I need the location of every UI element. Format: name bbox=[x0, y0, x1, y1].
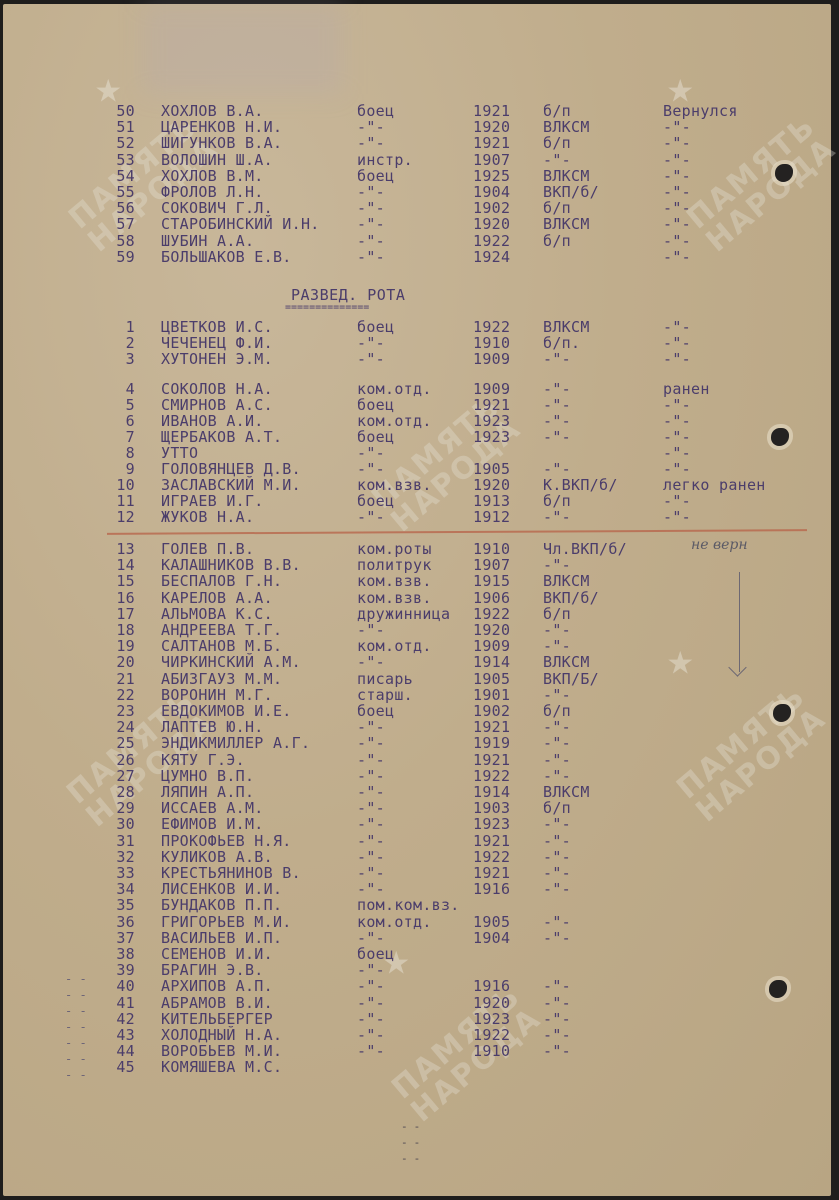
birth-year: 1922 bbox=[473, 606, 510, 622]
punch-hole bbox=[775, 164, 793, 182]
person-name: КРЕСТЬЯНИНОВ В. bbox=[161, 865, 301, 881]
status-note: -"- bbox=[663, 319, 691, 335]
person-rank: -"- bbox=[357, 119, 385, 135]
party-membership: -"- bbox=[543, 881, 571, 897]
status-note: -"- bbox=[663, 152, 691, 168]
person-name: БРАГИН Э.В. bbox=[161, 962, 264, 978]
person-name: КАЛАШНИКОВ В.В. bbox=[161, 557, 301, 573]
birth-year: 1907 bbox=[473, 557, 510, 573]
status-note: -"- bbox=[663, 429, 691, 445]
row-number: 36 bbox=[99, 914, 135, 930]
person-rank: дружинница bbox=[357, 606, 450, 622]
status-note: ранен bbox=[663, 381, 710, 397]
row-number: 5 bbox=[99, 397, 135, 413]
party-membership: -"- bbox=[543, 833, 571, 849]
status-note: -"- bbox=[663, 200, 691, 216]
person-rank: ком.роты bbox=[357, 541, 432, 557]
row-number: 53 bbox=[99, 152, 135, 168]
birth-year: 1920 bbox=[473, 995, 510, 1011]
person-rank: -"- bbox=[357, 978, 385, 994]
person-name: ИССАЕВ А.М. bbox=[161, 800, 264, 816]
person-name: КЯТУ Г.Э. bbox=[161, 752, 245, 768]
person-name: ЖУКОВ Н.А. bbox=[161, 509, 254, 525]
row-number: 6 bbox=[99, 413, 135, 429]
person-rank: -"- bbox=[357, 1043, 385, 1059]
birth-year: 1913 bbox=[473, 493, 510, 509]
birth-year: 1920 bbox=[473, 622, 510, 638]
birth-year: 1905 bbox=[473, 671, 510, 687]
person-rank: -"- bbox=[357, 849, 385, 865]
row-number: 57 bbox=[99, 216, 135, 232]
margin-dashes: - - bbox=[65, 1068, 87, 1082]
person-name: ЛИСЕНКОВ И.И. bbox=[161, 881, 282, 897]
party-membership: ВЛКСМ bbox=[543, 654, 590, 670]
person-name: САЛТАНОВ М.Б. bbox=[161, 638, 282, 654]
person-rank: -"- bbox=[357, 654, 385, 670]
birth-year: 1921 bbox=[473, 752, 510, 768]
person-rank: -"- bbox=[357, 768, 385, 784]
margin-note: не верн bbox=[691, 537, 748, 553]
party-membership: -"- bbox=[543, 995, 571, 1011]
party-membership: -"- bbox=[543, 622, 571, 638]
birth-year: 1910 bbox=[473, 1043, 510, 1059]
birth-year: 1921 bbox=[473, 865, 510, 881]
birth-year: 1905 bbox=[473, 461, 510, 477]
row-number: 15 bbox=[99, 573, 135, 589]
person-name: АБИЗГАУЗ М.М. bbox=[161, 671, 282, 687]
person-rank: -"- bbox=[357, 784, 385, 800]
person-rank: -"- bbox=[357, 445, 385, 461]
row-number: 7 bbox=[99, 429, 135, 445]
status-note: -"- bbox=[663, 335, 691, 351]
row-number: 59 bbox=[99, 249, 135, 265]
person-name: ШИГУНКОВ В.А. bbox=[161, 135, 282, 151]
person-name: СЕМЕНОВ И.И. bbox=[161, 946, 273, 962]
status-note: -"- bbox=[663, 135, 691, 151]
person-name: АНДРЕЕВА Т.Г. bbox=[161, 622, 282, 638]
row-number: 37 bbox=[99, 930, 135, 946]
party-membership: ВЛКСМ bbox=[543, 216, 590, 232]
margin-dashes: - - bbox=[65, 988, 87, 1002]
party-membership: б/п bbox=[543, 200, 571, 216]
row-number: 8 bbox=[99, 445, 135, 461]
person-name: ИВАНОВ А.И. bbox=[161, 413, 264, 429]
row-number: 50 bbox=[99, 103, 135, 119]
person-name: ЦУМНО В.П. bbox=[161, 768, 254, 784]
birth-year: 1910 bbox=[473, 541, 510, 557]
row-number: 26 bbox=[99, 752, 135, 768]
row-number: 2 bbox=[99, 335, 135, 351]
red-pencil-line bbox=[107, 529, 807, 535]
row-number: 30 bbox=[99, 816, 135, 832]
person-rank: -"- bbox=[357, 816, 385, 832]
party-membership: б/п bbox=[543, 606, 571, 622]
person-rank: боец bbox=[357, 493, 394, 509]
birth-year: 1922 bbox=[473, 768, 510, 784]
document-page: ★ ПАМЯТЬНАРОДА ★ ПАМЯТЬНАРОДА ПАМЯТЬНАРО… bbox=[3, 4, 831, 1196]
person-rank: -"- bbox=[357, 509, 385, 525]
person-name: СМИРНОВ А.С. bbox=[161, 397, 273, 413]
party-membership: Чл.ВКП/б/ bbox=[543, 541, 627, 557]
birth-year: 1905 bbox=[473, 914, 510, 930]
row-number: 58 bbox=[99, 233, 135, 249]
row-number: 45 bbox=[99, 1059, 135, 1075]
party-membership: -"- bbox=[543, 152, 571, 168]
birth-year: 1920 bbox=[473, 216, 510, 232]
party-membership: -"- bbox=[543, 1043, 571, 1059]
status-note: -"- bbox=[663, 493, 691, 509]
pencil-arrow-icon bbox=[739, 572, 740, 672]
person-name: АЛЬМОВА К.С. bbox=[161, 606, 273, 622]
party-membership: -"- bbox=[543, 351, 571, 367]
person-rank: боец bbox=[357, 703, 394, 719]
birth-year: 1903 bbox=[473, 800, 510, 816]
bottom-dashes: -- bbox=[401, 1120, 426, 1133]
row-number: 23 bbox=[99, 703, 135, 719]
row-number: 27 bbox=[99, 768, 135, 784]
birth-year: 1904 bbox=[473, 930, 510, 946]
person-rank: боец bbox=[357, 168, 394, 184]
row-number: 32 bbox=[99, 849, 135, 865]
party-membership: -"- bbox=[543, 1027, 571, 1043]
birth-year: 1919 bbox=[473, 735, 510, 751]
birth-year: 1909 bbox=[473, 638, 510, 654]
person-name: ЦАРЕНКОВ Н.И. bbox=[161, 119, 282, 135]
person-name: ЕФИМОВ И.М. bbox=[161, 816, 264, 832]
person-rank: -"- bbox=[357, 930, 385, 946]
party-membership: ВЛКСМ bbox=[543, 573, 590, 589]
person-name: ФРОЛОВ Л.Н. bbox=[161, 184, 264, 200]
birth-year: 1920 bbox=[473, 119, 510, 135]
watermark-star-icon: ★ bbox=[667, 634, 694, 685]
party-membership: -"- bbox=[543, 752, 571, 768]
person-rank: ком.отд. bbox=[357, 381, 432, 397]
birth-year: 1923 bbox=[473, 816, 510, 832]
birth-year: 1915 bbox=[473, 573, 510, 589]
row-number: 10 bbox=[99, 477, 135, 493]
person-name: ГОЛЕВ П.В. bbox=[161, 541, 254, 557]
person-name: ВОРОБЬЕВ М.И. bbox=[161, 1043, 282, 1059]
party-membership: -"- bbox=[543, 429, 571, 445]
person-rank: -"- bbox=[357, 995, 385, 1011]
row-number: 51 bbox=[99, 119, 135, 135]
row-number: 55 bbox=[99, 184, 135, 200]
person-name: УТТО bbox=[161, 445, 198, 461]
row-number: 40 bbox=[99, 978, 135, 994]
person-rank: -"- bbox=[357, 865, 385, 881]
row-number: 22 bbox=[99, 687, 135, 703]
row-number: 44 bbox=[99, 1043, 135, 1059]
person-name: ЩЕРБАКОВ А.Т. bbox=[161, 429, 282, 445]
party-membership: -"- bbox=[543, 719, 571, 735]
person-rank: инстр. bbox=[357, 152, 413, 168]
person-rank: -"- bbox=[357, 881, 385, 897]
person-name: БОЛЬШАКОВ Е.В. bbox=[161, 249, 292, 265]
person-name: ИГРАЕВ И.Г. bbox=[161, 493, 264, 509]
status-note: -"- bbox=[663, 233, 691, 249]
birth-year: 1912 bbox=[473, 509, 510, 525]
margin-dashes: - - bbox=[65, 1052, 87, 1066]
person-name: СТАРОБИНСКИЙ И.Н. bbox=[161, 216, 320, 232]
person-name: ГОЛОВЯНЦЕВ Д.В. bbox=[161, 461, 301, 477]
birth-year: 1923 bbox=[473, 429, 510, 445]
birth-year: 1921 bbox=[473, 397, 510, 413]
punch-hole bbox=[773, 704, 791, 722]
person-name: КОМЯШЕВА М.С. bbox=[161, 1059, 282, 1075]
person-rank: ком.отд. bbox=[357, 638, 432, 654]
row-number: 13 bbox=[99, 541, 135, 557]
watermark-text: ПАМЯТЬНАРОДА bbox=[682, 110, 839, 257]
party-membership: -"- bbox=[543, 914, 571, 930]
person-name: ГРИГОРЬЕВ М.И. bbox=[161, 914, 292, 930]
row-number: 14 bbox=[99, 557, 135, 573]
birth-year: 1902 bbox=[473, 703, 510, 719]
person-name: ЧЕЧЕНЕЦ Ф.И. bbox=[161, 335, 273, 351]
birth-year: 1909 bbox=[473, 351, 510, 367]
birth-year: 1914 bbox=[473, 784, 510, 800]
status-note: -"- bbox=[663, 509, 691, 525]
birth-year: 1904 bbox=[473, 184, 510, 200]
party-membership: -"- bbox=[543, 687, 571, 703]
status-note: -"- bbox=[663, 184, 691, 200]
punch-hole bbox=[771, 428, 789, 446]
party-membership: -"- bbox=[543, 381, 571, 397]
status-note: -"- bbox=[663, 397, 691, 413]
row-number: 38 bbox=[99, 946, 135, 962]
birth-year: 1923 bbox=[473, 1011, 510, 1027]
person-rank: -"- bbox=[357, 184, 385, 200]
row-number: 29 bbox=[99, 800, 135, 816]
person-rank: боец bbox=[357, 103, 394, 119]
party-membership: б/п bbox=[543, 800, 571, 816]
party-membership: ВКП/б/ bbox=[543, 184, 599, 200]
party-membership: -"- bbox=[543, 557, 571, 573]
party-membership: -"- bbox=[543, 930, 571, 946]
person-rank: -"- bbox=[357, 735, 385, 751]
birth-year: 1906 bbox=[473, 590, 510, 606]
party-membership: ВЛКСМ bbox=[543, 319, 590, 335]
birth-year: 1910 bbox=[473, 335, 510, 351]
person-rank: боец bbox=[357, 397, 394, 413]
row-number: 34 bbox=[99, 881, 135, 897]
person-name: ВАСИЛЬЕВ И.П. bbox=[161, 930, 282, 946]
party-membership: -"- bbox=[543, 461, 571, 477]
party-membership: -"- bbox=[543, 735, 571, 751]
birth-year: 1916 bbox=[473, 978, 510, 994]
person-name: ЛАПТЕВ Ю.Н. bbox=[161, 719, 264, 735]
row-number: 19 bbox=[99, 638, 135, 654]
party-membership: б/п bbox=[543, 703, 571, 719]
row-number: 18 bbox=[99, 622, 135, 638]
person-name: КАРЕЛОВ А.А. bbox=[161, 590, 273, 606]
person-rank: -"- bbox=[357, 135, 385, 151]
status-note: -"- bbox=[663, 168, 691, 184]
person-name: АРХИПОВ А.П. bbox=[161, 978, 273, 994]
birth-year: 1914 bbox=[473, 654, 510, 670]
person-name: ЦВЕТКОВ И.С. bbox=[161, 319, 273, 335]
row-number: 42 bbox=[99, 1011, 135, 1027]
birth-year: 1920 bbox=[473, 477, 510, 493]
person-name: БЕСПАЛОВ Г.Н. bbox=[161, 573, 282, 589]
person-rank: -"- bbox=[357, 1027, 385, 1043]
row-number: 9 bbox=[99, 461, 135, 477]
watermark-text: ПАМЯТЬНАРОДА bbox=[672, 680, 831, 827]
status-note: -"- bbox=[663, 461, 691, 477]
party-membership: ВКП/б/ bbox=[543, 590, 599, 606]
birth-year: 1907 bbox=[473, 152, 510, 168]
row-number: 1 bbox=[99, 319, 135, 335]
person-name: ЭНДИКМИЛЛЕР А.Г. bbox=[161, 735, 310, 751]
row-number: 24 bbox=[99, 719, 135, 735]
person-rank: -"- bbox=[357, 800, 385, 816]
birth-year: 1921 bbox=[473, 719, 510, 735]
row-number: 35 bbox=[99, 897, 135, 913]
person-rank: пом.ком.вз. bbox=[357, 897, 460, 913]
row-number: 41 bbox=[99, 995, 135, 1011]
person-name: ХОХЛОВ В.А. bbox=[161, 103, 264, 119]
person-rank: ком.взв. bbox=[357, 573, 432, 589]
person-rank: -"- bbox=[357, 461, 385, 477]
party-membership: ВЛКСМ bbox=[543, 784, 590, 800]
birth-year: 1922 bbox=[473, 1027, 510, 1043]
row-number: 25 bbox=[99, 735, 135, 751]
person-name: ПРОКОФЬЕВ Н.Я. bbox=[161, 833, 292, 849]
row-number: 3 bbox=[99, 351, 135, 367]
row-number: 20 bbox=[99, 654, 135, 670]
party-membership: -"- bbox=[543, 865, 571, 881]
person-rank: ком.отд. bbox=[357, 914, 432, 930]
person-rank: ком.взв. bbox=[357, 590, 432, 606]
row-number: 33 bbox=[99, 865, 135, 881]
person-name: ХОЛОДНЫЙ Н.А. bbox=[161, 1027, 282, 1043]
person-name: СОКОВИЧ Г.Л. bbox=[161, 200, 273, 216]
margin-dashes: - - bbox=[65, 1036, 87, 1050]
party-membership: -"- bbox=[543, 849, 571, 865]
row-number: 11 bbox=[99, 493, 135, 509]
bottom-dashes: -- bbox=[401, 1152, 426, 1165]
person-rank: -"- bbox=[357, 719, 385, 735]
row-number: 16 bbox=[99, 590, 135, 606]
birth-year: 1909 bbox=[473, 381, 510, 397]
person-rank: -"- bbox=[357, 233, 385, 249]
party-membership: б/п. bbox=[543, 335, 580, 351]
person-rank: боец bbox=[357, 946, 394, 962]
person-name: ХОХЛОВ В.М. bbox=[161, 168, 264, 184]
birth-year: 1922 bbox=[473, 233, 510, 249]
person-rank: -"- bbox=[357, 1011, 385, 1027]
person-rank: старш. bbox=[357, 687, 413, 703]
person-name: ВОЛОШИН Ш.А. bbox=[161, 152, 273, 168]
status-note: легко ранен bbox=[663, 477, 766, 493]
party-membership: ВЛКСМ bbox=[543, 119, 590, 135]
status-note: -"- bbox=[663, 413, 691, 429]
margin-dashes: - - bbox=[65, 972, 87, 986]
party-membership: ВКП/Б/ bbox=[543, 671, 599, 687]
birth-year: 1921 bbox=[473, 833, 510, 849]
party-membership: б/п bbox=[543, 233, 571, 249]
birth-year: 1902 bbox=[473, 200, 510, 216]
person-rank: -"- bbox=[357, 962, 385, 978]
person-rank: -"- bbox=[357, 335, 385, 351]
person-rank: -"- bbox=[357, 752, 385, 768]
person-name: ЧИРКИНСКИЙ А.М. bbox=[161, 654, 301, 670]
party-membership: ВЛКСМ bbox=[543, 168, 590, 184]
person-name: ХУТОНЕН Э.М. bbox=[161, 351, 273, 367]
margin-dashes: - - bbox=[65, 1020, 87, 1034]
watermark-text: ПАМЯТЬНАРОДА bbox=[387, 980, 546, 1127]
person-name: КУЛИКОВ А.В. bbox=[161, 849, 273, 865]
person-name: ЛЯПИН А.П. bbox=[161, 784, 254, 800]
party-membership: б/п bbox=[543, 135, 571, 151]
person-rank: писарь bbox=[357, 671, 413, 687]
row-number: 4 bbox=[99, 381, 135, 397]
status-note: -"- bbox=[663, 249, 691, 265]
birth-year: 1916 bbox=[473, 881, 510, 897]
row-number: 54 bbox=[99, 168, 135, 184]
status-note: -"- bbox=[663, 351, 691, 367]
birth-year: 1901 bbox=[473, 687, 510, 703]
party-membership: -"- bbox=[543, 413, 571, 429]
person-name: ЕВДОКИМОВ И.Е. bbox=[161, 703, 292, 719]
birth-year: 1924 bbox=[473, 249, 510, 265]
row-number: 17 bbox=[99, 606, 135, 622]
margin-dashes: - - bbox=[65, 1004, 87, 1018]
person-name: АБРАМОВ В.И. bbox=[161, 995, 273, 1011]
party-membership: К.ВКП/б/ bbox=[543, 477, 618, 493]
person-name: ВОРОНИН М.Г. bbox=[161, 687, 273, 703]
birth-year: 1922 bbox=[473, 849, 510, 865]
person-rank: -"- bbox=[357, 622, 385, 638]
party-membership: б/п bbox=[543, 103, 571, 119]
status-note: Вернулся bbox=[663, 103, 738, 119]
party-membership: -"- bbox=[543, 816, 571, 832]
status-note: -"- bbox=[663, 445, 691, 461]
section-underline: ============== bbox=[285, 302, 369, 313]
row-number: 56 bbox=[99, 200, 135, 216]
person-rank: -"- bbox=[357, 351, 385, 367]
person-rank: боец bbox=[357, 429, 394, 445]
person-rank: боец bbox=[357, 319, 394, 335]
person-name: ЗАСЛАВСКИЙ М.И. bbox=[161, 477, 301, 493]
birth-year: 1923 bbox=[473, 413, 510, 429]
row-number: 52 bbox=[99, 135, 135, 151]
bottom-dashes: -- bbox=[401, 1136, 426, 1149]
person-name: ШУБИН А.А. bbox=[161, 233, 254, 249]
person-rank: ком.взв. bbox=[357, 477, 432, 493]
person-rank: -"- bbox=[357, 249, 385, 265]
row-number: 43 bbox=[99, 1027, 135, 1043]
party-membership: -"- bbox=[543, 509, 571, 525]
person-name: БУНДАКОВ П.П. bbox=[161, 897, 282, 913]
party-membership: -"- bbox=[543, 638, 571, 654]
party-membership: б/п bbox=[543, 493, 571, 509]
party-membership: -"- bbox=[543, 768, 571, 784]
birth-year: 1925 bbox=[473, 168, 510, 184]
birth-year: 1921 bbox=[473, 135, 510, 151]
status-note: -"- bbox=[663, 216, 691, 232]
punch-hole bbox=[769, 980, 787, 998]
party-membership: -"- bbox=[543, 397, 571, 413]
row-number: 21 bbox=[99, 671, 135, 687]
status-note: -"- bbox=[663, 119, 691, 135]
person-name: СОКОЛОВ Н.А. bbox=[161, 381, 273, 397]
party-membership: -"- bbox=[543, 1011, 571, 1027]
person-rank: ком.отд. bbox=[357, 413, 432, 429]
person-rank: политрук bbox=[357, 557, 432, 573]
person-rank: -"- bbox=[357, 200, 385, 216]
person-rank: -"- bbox=[357, 833, 385, 849]
birth-year: 1921 bbox=[473, 103, 510, 119]
